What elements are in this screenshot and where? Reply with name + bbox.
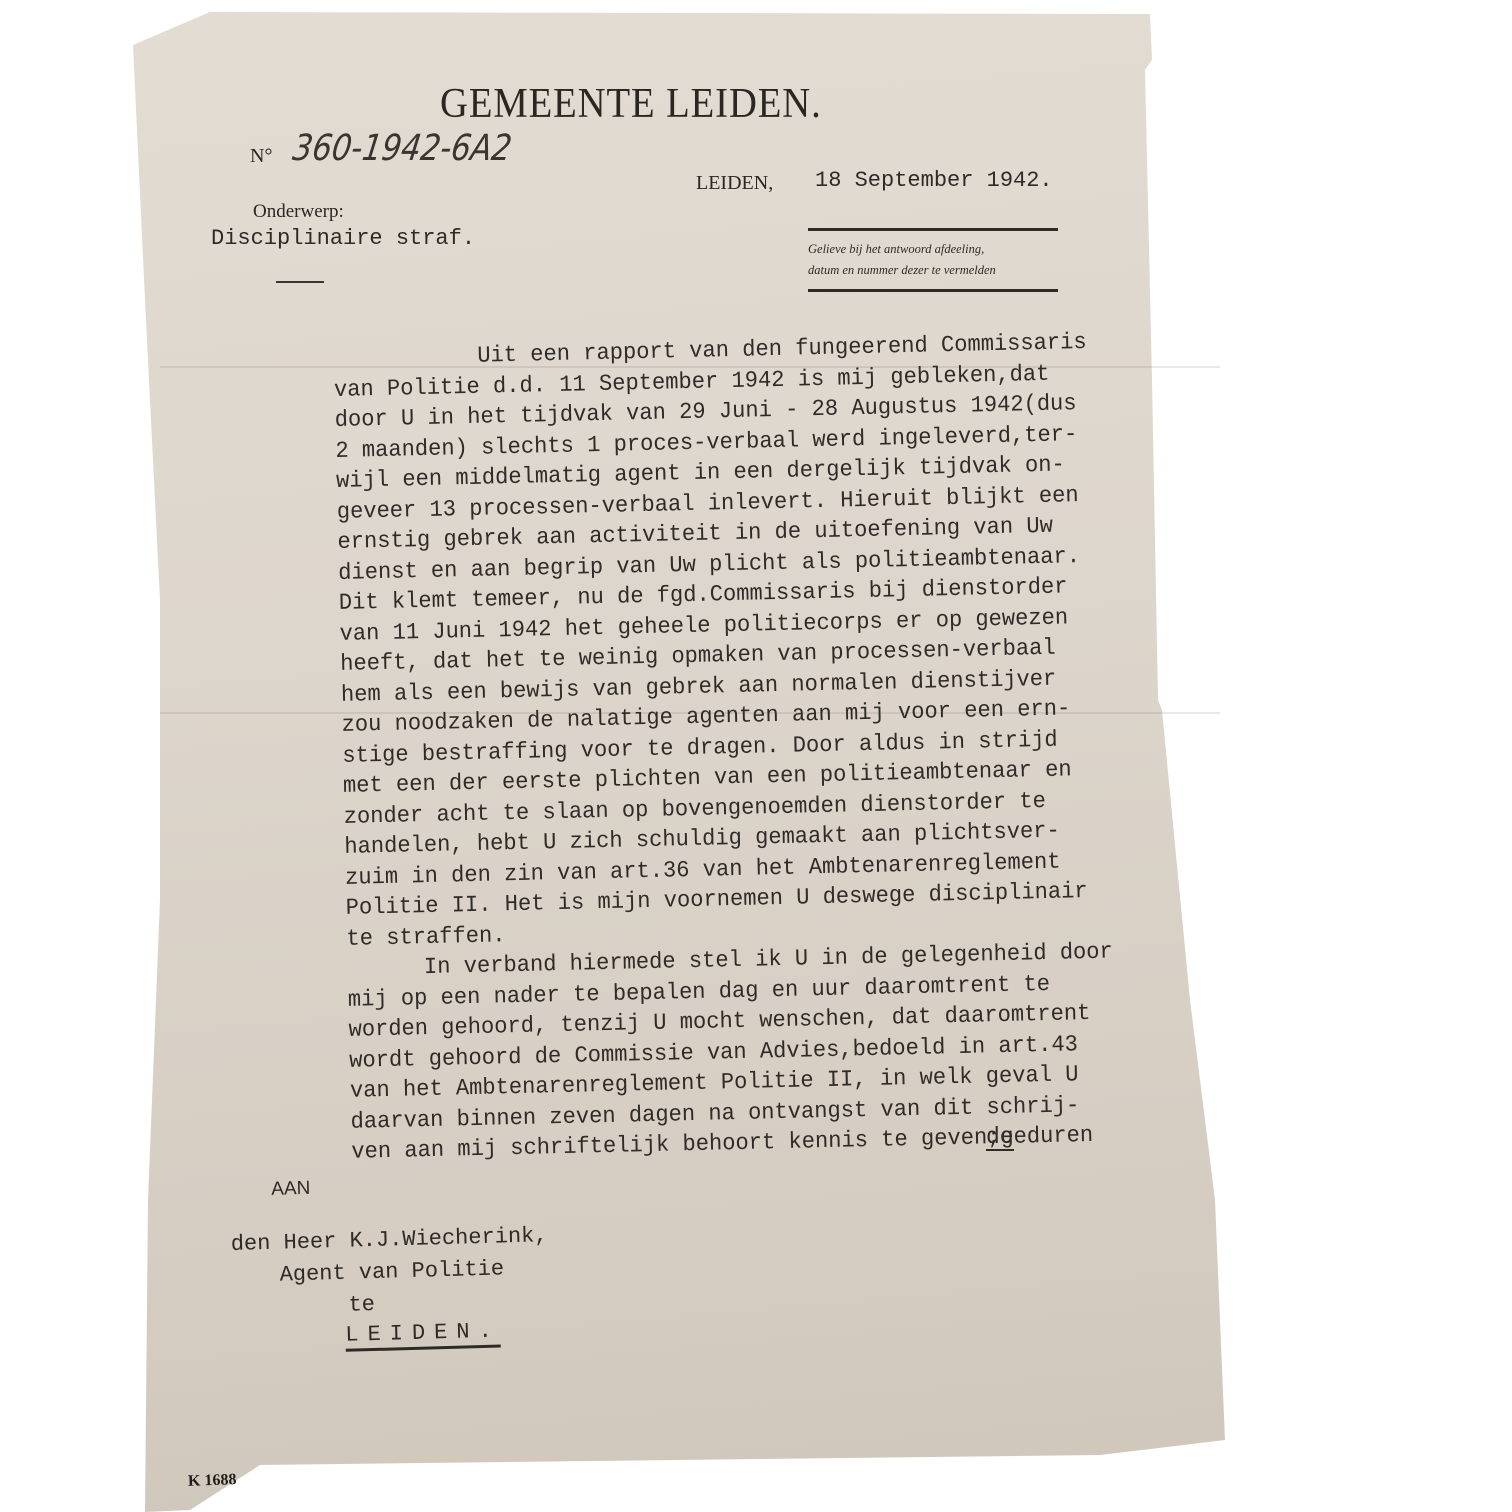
letterhead-title: GEMEENTE LEIDEN.: [440, 80, 822, 128]
addressee-label: AAN: [271, 1178, 311, 1201]
addressee-city: LEIDEN.: [345, 1318, 501, 1351]
subject-divider: [276, 281, 324, 283]
reply-instruction-line-2: datum en nummer dezer te vermelden: [808, 260, 1058, 281]
reply-instruction-line-1: Gelieve bij het antwoord afdeeling,: [808, 239, 1058, 260]
dateline-date: 18 September 1942.: [815, 168, 1053, 193]
letter-body: Uit een rapport van den fungeerend Commi…: [333, 324, 1251, 1168]
reply-instruction-box: Gelieve bij het antwoord afdeeling, datu…: [808, 228, 1058, 292]
page-continuation-word: de: [986, 1125, 1014, 1151]
addressee-preposition: te: [348, 1292, 375, 1318]
subject-label: Onderwerp:: [253, 201, 344, 223]
subject-value: Disciplinaire straf.: [211, 226, 475, 251]
dateline-city: LEIDEN,: [696, 172, 773, 195]
form-number: K 1688: [188, 1471, 237, 1491]
reference-number-label: N°: [250, 145, 272, 168]
reference-number-handwritten: 360-1942-6A2: [290, 128, 514, 169]
